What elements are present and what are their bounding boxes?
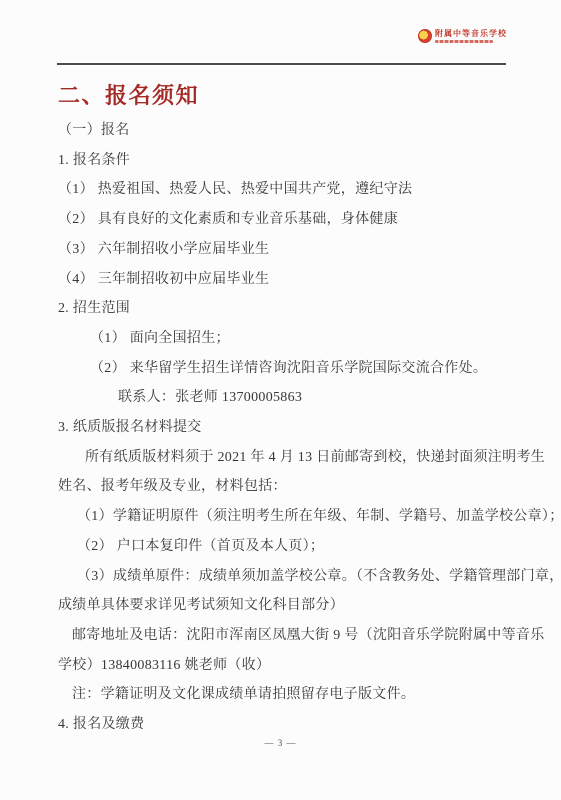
doc-line-condition-3: （3） 六年制招收小学应届毕业生 — [58, 235, 521, 265]
doc-line-condition-1: （1） 热爱祖国、热爱人民、热爱中国共产党，遵纪守法 — [58, 175, 521, 205]
school-emblem-icon — [418, 29, 432, 43]
document-page: 附属中等音乐学校 二、报名须知 （一）报名 1. 报名条件 （1） 热爱祖国、热… — [0, 0, 561, 800]
doc-line-material-1: （1）学籍证明原件（须注明考生所在年级、年制、学籍号、加盖学校公章）； — [77, 502, 521, 532]
doc-line-mail-deadline-cont: 姓名、报考年级及专业，材料包括： — [58, 472, 521, 502]
doc-line-condition-2: （2） 具有良好的文化素质和专业音乐基础，身体健康 — [58, 205, 521, 235]
doc-line-mail-deadline: 所有纸质版材料须于 2021 年 4 月 13 日前邮寄到校，快递封面须注明考生 — [85, 443, 521, 473]
doc-line-scope-1: （1） 面向全国招生； — [90, 324, 521, 354]
doc-line-item-3-materials: 3. 纸质版报名材料提交 — [58, 413, 521, 443]
section-title: 二、报名须知 — [58, 82, 199, 110]
school-logo: 附属中等音乐学校 — [418, 29, 507, 43]
doc-line-mailing-address-cont: 学校）13840083116 姚老师（收） — [58, 651, 521, 681]
doc-line-mailing-address: 邮寄地址及电话：沈阳市浑南区凤凰大街 9 号（沈阳音乐学院附属中等音乐 — [72, 621, 521, 651]
document-body: （一）报名 1. 报名条件 （1） 热爱祖国、热爱人民、热爱中国共产党，遵纪守法… — [58, 116, 521, 740]
school-logo-text-block: 附属中等音乐学校 — [435, 29, 507, 43]
school-logo-text: 附属中等音乐学校 — [435, 29, 507, 38]
school-logo-subtext-bar — [435, 40, 493, 43]
doc-line-scope-2: （2） 来华留学生招生详情咨询沈阳音乐学院国际交流合作处。 — [90, 354, 521, 384]
doc-line-contact: 联系人：张老师 13700005863 — [118, 383, 521, 413]
doc-line-material-3-cont: 成绩单具体要求详见考试须知文化科目部分） — [58, 591, 521, 621]
header-divider — [57, 63, 506, 65]
page-number: — 3 — — [0, 736, 561, 750]
doc-line-condition-4: （4） 三年制招收初中应届毕业生 — [58, 265, 521, 295]
doc-line-item-1-conditions: 1. 报名条件 — [58, 146, 521, 176]
doc-line-item-2-scope: 2. 招生范围 — [58, 294, 521, 324]
doc-line-material-3: （3）成绩单原件：成绩单须加盖学校公章。（不含教务处、学籍管理部门章， — [77, 562, 521, 592]
doc-line-note: 注：学籍证明及文化课成绩单请拍照留存电子版文件。 — [72, 680, 521, 710]
doc-line-subsection-baoming: （一）报名 — [58, 116, 521, 146]
doc-line-material-2: （2） 户口本复印件（首页及本人页）； — [77, 532, 521, 562]
